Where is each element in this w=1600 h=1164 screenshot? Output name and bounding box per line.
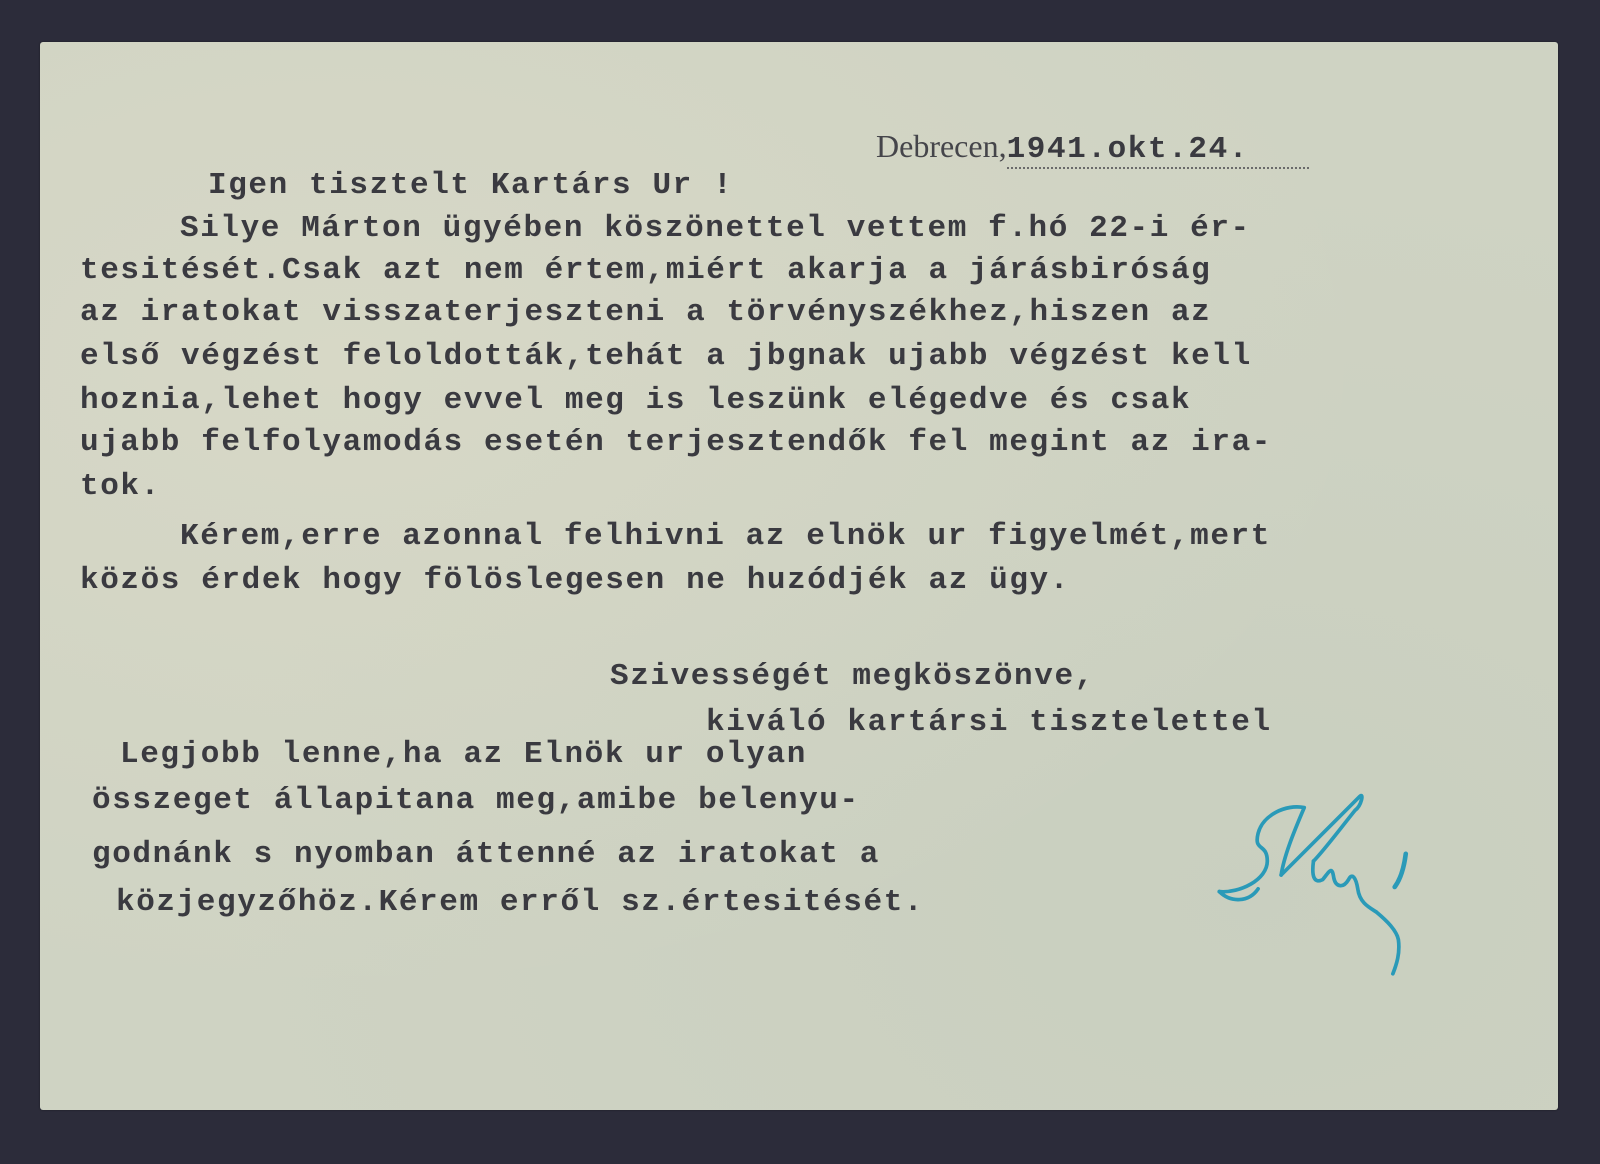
closing-line: Szivességét megköszönve, <box>610 656 1095 698</box>
body-line: ujabb felfolyamodás esetén terjesztendők… <box>80 422 1272 464</box>
body-line: Kérem,erre azonnal felhivni az elnök ur … <box>180 516 1271 558</box>
body-line: közös érdek hogy fölöslegesen ne huzódjé… <box>80 560 1070 602</box>
body-line: tok. <box>80 466 161 508</box>
postscript-line: Legjobb lenne,ha az Elnök ur olyan <box>120 734 807 776</box>
letter-date: 1941.okt.24. <box>1007 132 1309 169</box>
body-line: hoznia,lehet hogy evvel meg is leszünk e… <box>80 380 1191 422</box>
body-line: tesitését.Csak azt nem értem,miért akarj… <box>80 250 1211 292</box>
signature-icon <box>1175 765 1415 985</box>
place-name: Debrecen, <box>876 128 1007 165</box>
dateline: Debrecen, 1941.okt.24. <box>876 128 1309 169</box>
body-line: Silye Márton ügyében köszönettel vettem … <box>180 208 1251 250</box>
salutation: Igen tisztelt Kartárs Ur ! <box>208 165 733 207</box>
body-line: első végzést feloldották,tehát a jbgnak … <box>80 336 1252 378</box>
postscript-line: godnánk s nyomban áttenné az iratokat a <box>92 834 880 876</box>
postscript-line: közjegyzőhöz.Kérem erről sz.értesitését. <box>116 882 924 924</box>
postscript-line: összeget állapitana meg,amibe belenyu- <box>92 780 860 822</box>
body-line: az iratokat visszaterjeszteni a törvénys… <box>80 292 1211 334</box>
